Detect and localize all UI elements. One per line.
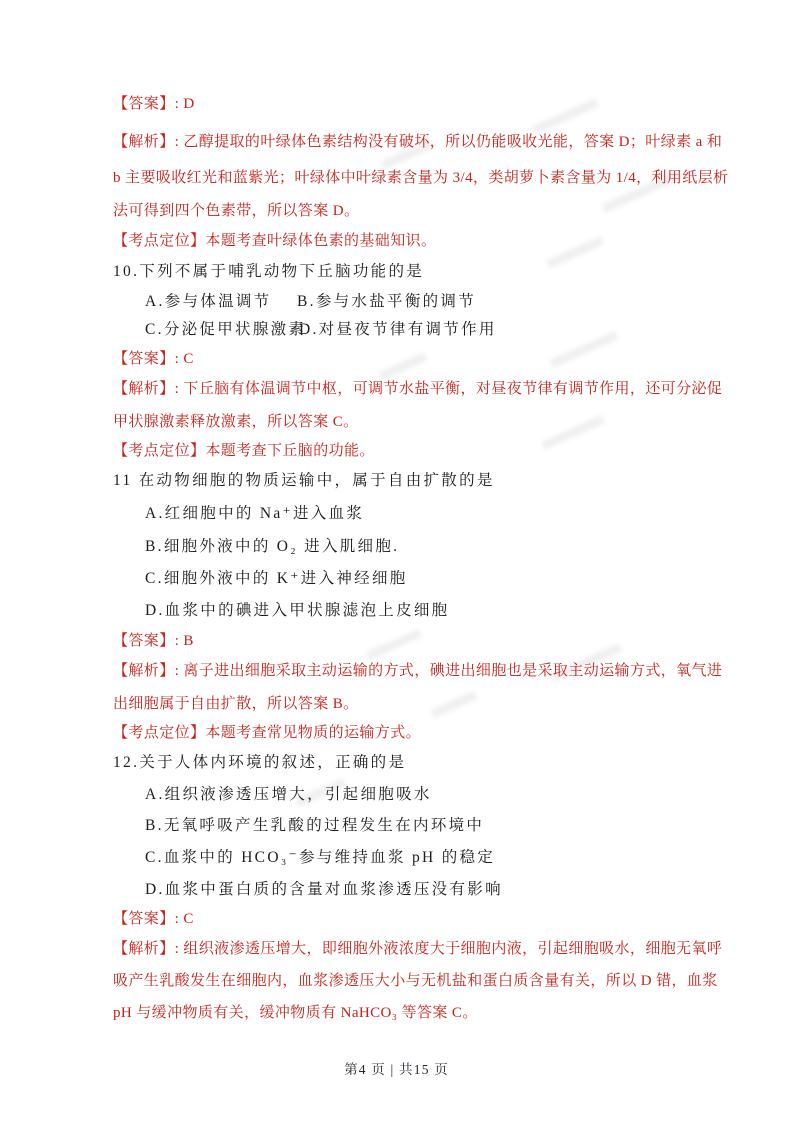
- analysis-line: 【解析】: 下丘脑有体温调节中枢，可调节水盐平衡，对昼夜节律有调节作用，还可分泌…: [113, 377, 722, 398]
- question-12-option-a: A.组织液渗透压增大，引起细胞吸水: [145, 782, 432, 804]
- question-10-option-c: C.分泌促甲状腺激素: [145, 317, 306, 339]
- question-10-option-b: B.参与水盐平衡的调节: [297, 289, 476, 311]
- key-point-line-q9: 【考点定位】本题考查叶绿体色素的基础知识。: [113, 229, 436, 250]
- question-10-option-a: A.参与体温调节: [145, 289, 271, 311]
- question-11-option-a: A.红细胞中的 Na⁺进入血浆: [145, 501, 364, 523]
- analysis-line: b 主要吸收红光和蓝紫光；叶绿体中叶绿素含量为 3/4，类胡萝卜素含量为 1/4…: [113, 166, 729, 187]
- question-11-option-c: C.细胞外液中的 K⁺进入神经细胞: [145, 566, 408, 588]
- watermark-smudge: [366, 629, 423, 661]
- analysis-line: 法可得到四个色素带，所以答案 D。: [113, 199, 359, 220]
- question-11-option-b: B.细胞外液中的 O₂ 进入肌细胞.: [145, 534, 399, 556]
- question-12-option-b: B.无氧呼吸产生乳酸的过程发生在内环境中: [145, 813, 484, 835]
- watermark-smudge: [541, 415, 605, 450]
- question-10-option-d: D.对昼夜节律有调节作用: [299, 317, 497, 339]
- watermark-smudge: [430, 691, 478, 719]
- analysis-line: 甲状腺激素释放激素，所以答案 C。: [113, 410, 359, 431]
- analysis-line: 【解析】: 组织液渗透压增大，即细胞外液浓度大于细胞内液，引起细胞吸水，细胞无氧…: [113, 937, 722, 958]
- answer-line-q12: 【答案】: C: [113, 907, 194, 928]
- watermark-smudge: [549, 331, 618, 369]
- analysis-line: pH 与缓冲物质有关，缓冲物质有 NaHCO₃ 等答案 C。: [113, 1001, 478, 1022]
- analysis-line: 【解析】: 离子进出细胞采取主动运输的方式，碘进出细胞也是采取主动运输方式，氧气…: [113, 659, 722, 680]
- answer-line-q10: 【答案】: C: [113, 347, 194, 368]
- question-10-stem: 10.下列不属于哺乳动物下丘脑功能的是: [113, 259, 424, 281]
- key-point-line-q11: 【考点定位】本题考查常见物质的运输方式。: [113, 721, 421, 742]
- question-12-option-c: C.血浆中的 HCO₃⁻参与维持血浆 pH 的稳定: [145, 845, 495, 867]
- key-point-line-q10: 【考点定位】本题考查下丘脑的功能。: [113, 439, 375, 460]
- question-11-option-d: D.血浆中的碘进入甲状腺滤泡上皮细胞: [145, 598, 449, 620]
- question-12-stem: 12.关于人体内环境的叙述，正确的是: [113, 750, 406, 772]
- page-number-footer: 第4 页 | 共15 页: [0, 1058, 793, 1078]
- answer-line-q9: 【答案】: D: [113, 92, 195, 113]
- document-page: 【答案】: D 【解析】: 乙醇提取的叶绿体色素结构没有破坏，所以仍能吸收光能，…: [0, 0, 793, 1122]
- analysis-line: 吸产生乳酸发生在细胞内，血浆渗透压大小与无机盐和蛋白质含量有关，所以 D 错，血…: [113, 969, 718, 990]
- analysis-line: 出细胞属于自由扩散，所以答案 B。: [113, 692, 359, 713]
- watermark-smudge: [546, 236, 604, 269]
- question-11-stem: 11 在动物细胞的物质运输中，属于自由扩散的是: [113, 468, 495, 490]
- analysis-line: 【解析】: 乙醇提取的叶绿体色素结构没有破坏，所以仍能吸收光能，答案 D；叶绿素…: [113, 130, 722, 151]
- answer-line-q11: 【答案】: B: [113, 629, 194, 650]
- question-12-option-d: D.血浆中蛋白质的含量对血浆渗透压没有影响: [145, 877, 503, 899]
